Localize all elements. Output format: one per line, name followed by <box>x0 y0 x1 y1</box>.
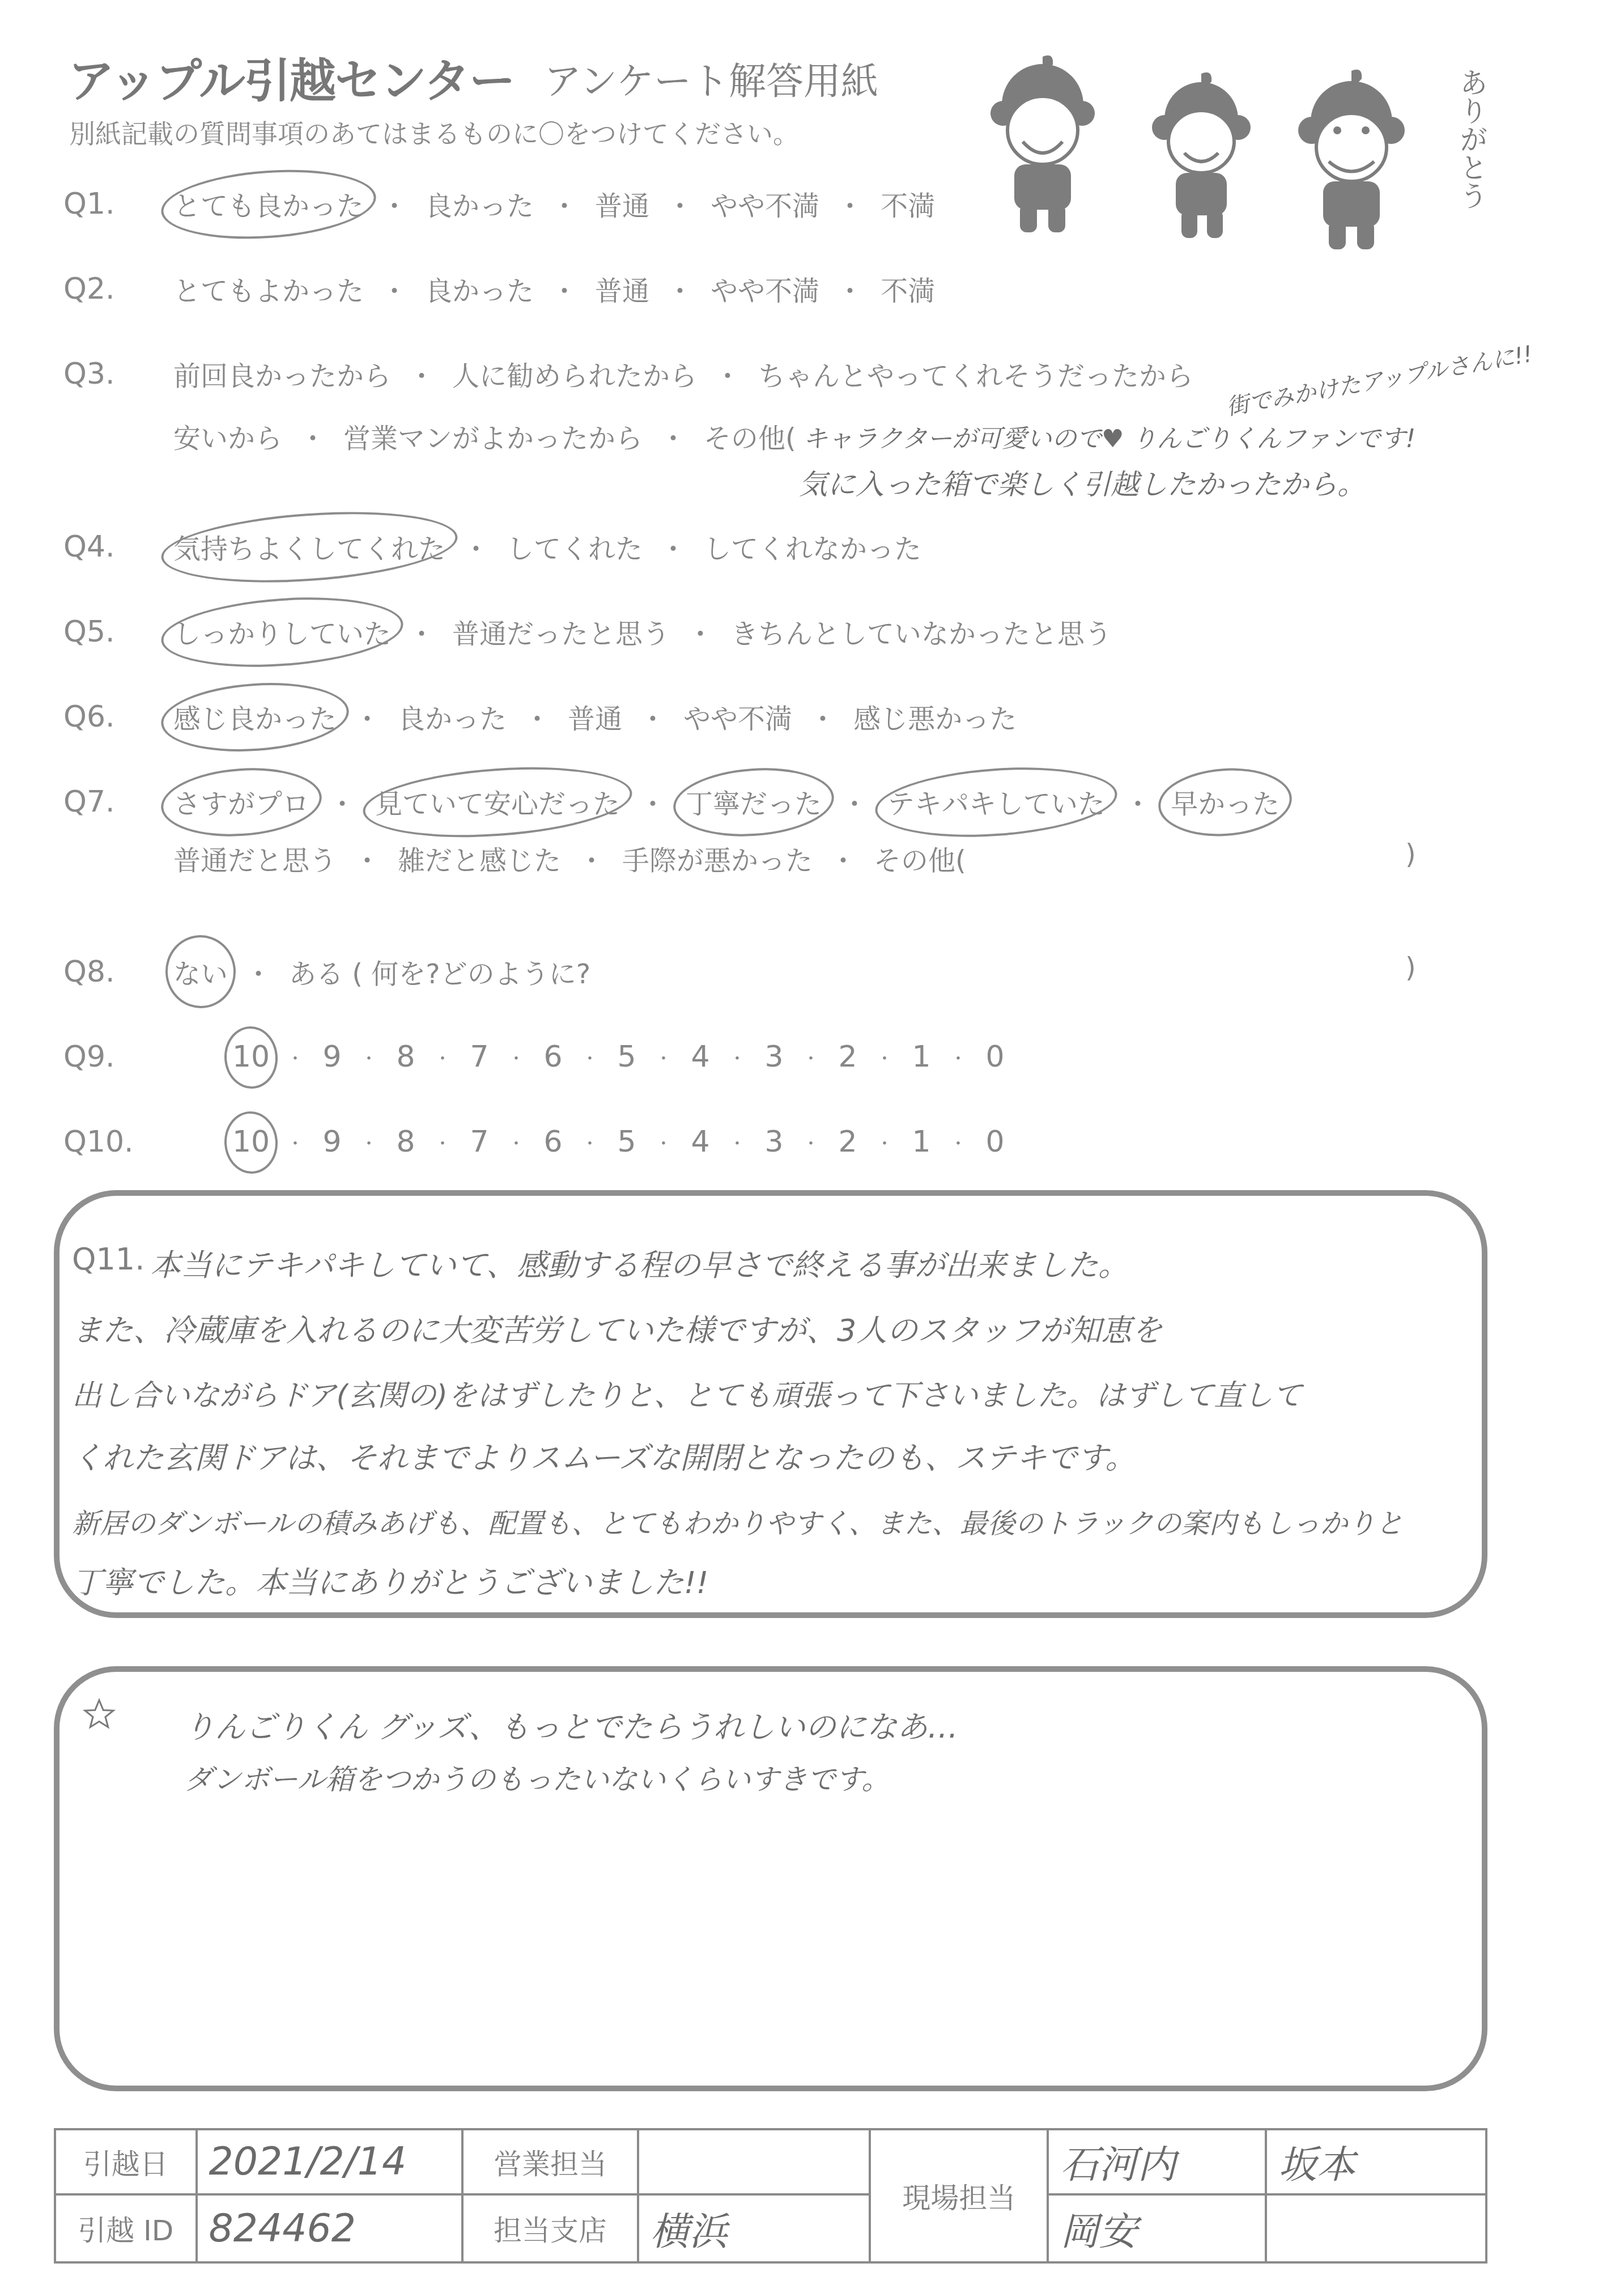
q7-option-reassuring[interactable]: 見ていて安心だった <box>373 782 622 821</box>
move-id-label: 引越 ID <box>55 2194 197 2262</box>
q9-score-4[interactable]: 4 <box>689 1040 712 1074</box>
q5-option-normal[interactable]: 普通だったと思う <box>450 612 672 651</box>
q10-scale: 10・ 9・ 8・ 7・ 6・ 5・ 4・ 3・ 2・ 1・ 0 <box>232 1125 1006 1159</box>
q7-option-clumsy[interactable]: 手際が悪かった <box>620 839 815 878</box>
q9-scale: 10・ 9・ 8・ 7・ 6・ 5・ 4・ 3・ 2・ 1・ 0 <box>232 1040 1006 1074</box>
question-q5: Q5. しっかりしていた・ 普通だったと思う・ きちんとしていなかったと思う <box>63 612 1114 651</box>
q7-option-professional[interactable]: さすがプロ <box>171 782 312 821</box>
q11-line-1: 本当にテキパキしていて、感動する程の早さで終える事が出来ました。 <box>150 1241 1129 1285</box>
free-comment-box[interactable]: りんごりくん グッズ、もっとでたらうれしいのになあ… ダンボール箱をつかうのもっ… <box>54 1666 1487 2091</box>
form-subtitle: アンケート解答用紙 <box>544 51 878 105</box>
q11-line-4: くれた玄関ドアは、それまでよりスムーズな開閉となったのも、ステキです。 <box>72 1434 1136 1477</box>
q3-option-reliable[interactable]: ちゃんとやってくれそうだったから <box>756 354 1196 393</box>
q5-option-not-proper[interactable]: きちんとしていなかったと思う <box>729 612 1114 651</box>
q10-label: Q10. <box>63 1125 232 1159</box>
q4-option-did[interactable]: してくれた <box>504 527 645 566</box>
question-q8: Q8. ない・ ある ( 何を?どのように? <box>63 952 593 991</box>
field-staff-3[interactable]: 岡安 <box>1048 2194 1265 2262</box>
q9-score-1[interactable]: 1 <box>910 1040 933 1074</box>
q10-score-10[interactable]: 10 <box>232 1125 270 1159</box>
form-title: アップル引越センター <box>68 44 515 111</box>
monkey-mascots-icon <box>989 51 1499 255</box>
q1-option-good[interactable]: 良かった <box>423 184 536 223</box>
q10-score-6[interactable]: 6 <box>542 1125 564 1159</box>
question-q3: Q3. 前回良かったから・ 人に勧められたから・ ちゃんとやってくれそうだったか… <box>63 354 1196 393</box>
q9-score-10[interactable]: 10 <box>232 1040 270 1074</box>
star-line-1: りんごりくん グッズ、もっとでたらうれしいのになあ… <box>184 1703 958 1747</box>
question-q10: Q10. 10・ 9・ 8・ 7・ 6・ 5・ 4・ 3・ 2・ 1・ 0 <box>63 1125 1006 1159</box>
move-date-value[interactable]: 2021/2/14 <box>197 2129 463 2194</box>
q2-option-unsatisfied[interactable]: 不満 <box>878 269 937 308</box>
question-q4: Q4. 気持ちよくしてくれた・ してくれた・ してくれなかった <box>63 527 924 566</box>
field-staff-1[interactable]: 石河内 <box>1048 2129 1265 2194</box>
question-q6: Q6. 感じ良かった・ 良かった・ 普通・ やや不満・ 感じ悪かった <box>63 697 1019 736</box>
question-q9: Q9. 10・ 9・ 8・ 7・ 6・ 5・ 4・ 3・ 2・ 1・ 0 <box>63 1040 1006 1074</box>
q10-score-2[interactable]: 2 <box>836 1125 859 1159</box>
q10-score-8[interactable]: 8 <box>394 1125 417 1159</box>
q3-row2: 安いから・ 営業マンがよかったから・ その他( キャラクターが可愛いので♥ りん… <box>171 417 1415 456</box>
q6-option-normal[interactable]: 普通 <box>566 697 624 736</box>
q10-score-0[interactable]: 0 <box>984 1125 1006 1159</box>
q7-option-fast[interactable]: 早かった <box>1168 782 1282 821</box>
q4-option-pleasant[interactable]: 気持ちよくしてくれた <box>171 527 448 566</box>
star-line-2: ダンボール箱をつかうのもったいないくらいすきです。 <box>184 1757 890 1798</box>
q11-comment-box[interactable]: Q11. 本当にテキパキしていて、感動する程の早さで終える事が出来ました。 また… <box>54 1190 1487 1618</box>
q11-line-6: 丁寧でした。本当にありがとうございました!! <box>72 1559 708 1602</box>
q9-score-7[interactable]: 7 <box>468 1040 491 1074</box>
move-date-label: 引越日 <box>55 2129 197 2194</box>
q3-label: Q3. <box>63 357 171 391</box>
q4-label: Q4. <box>63 530 171 564</box>
q7-label: Q7. <box>63 785 171 819</box>
q3-option-cheap[interactable]: 安いから <box>171 417 284 456</box>
move-id-value[interactable]: 824462 <box>197 2194 463 2262</box>
q11-label: Q11. <box>72 1241 144 1277</box>
question-q1: Q1. とても良かった・ 良かった・ 普通・ やや不満・ 不満 <box>63 184 937 223</box>
q9-label: Q9. <box>63 1040 232 1074</box>
q9-score-5[interactable]: 5 <box>615 1040 638 1074</box>
q7-row2: 普通だと思う・ 雑だと感じた・ 手際が悪かった・ その他( <box>171 839 968 878</box>
q7-option-careful[interactable]: 丁寧だった <box>683 782 824 821</box>
q9-score-8[interactable]: 8 <box>394 1040 417 1074</box>
q1-option-very-good[interactable]: とても良かった <box>171 184 366 223</box>
mascot-illustration: ありがとう <box>989 51 1499 255</box>
q7-option-efficient[interactable]: テキパキしていた <box>885 782 1107 821</box>
q10-score-3[interactable]: 3 <box>763 1125 785 1159</box>
question-q2: Q2. とてもよかった・ 良かった・ 普通・ やや不満・ 不満 <box>63 269 937 308</box>
q10-score-1[interactable]: 1 <box>910 1125 933 1159</box>
sales-rep-value[interactable] <box>638 2129 870 2194</box>
question-q7: Q7. さすがプロ・ 見ていて安心だった・ 丁寧だった・ テキパキしていた・ 早… <box>63 782 1282 821</box>
q10-score-7[interactable]: 7 <box>468 1125 491 1159</box>
q8-label: Q8. <box>63 955 171 989</box>
q8-option-some[interactable]: ある ( 何を?どのように? <box>287 952 593 991</box>
field-staff-4[interactable] <box>1266 2194 1486 2262</box>
q1-option-unsatisfied[interactable]: 不満 <box>878 184 937 223</box>
q11-line-2: また、冷蔵庫を入れるのに大変苦労していた様ですが、3人のスタッフが知恵を <box>72 1306 1162 1350</box>
q9-score-0[interactable]: 0 <box>984 1040 1006 1074</box>
star-outline-icon <box>82 1697 116 1731</box>
branch-label: 担当支店 <box>462 2194 637 2262</box>
q3-option-previous[interactable]: 前回良かったから <box>171 354 393 393</box>
q9-score-9[interactable]: 9 <box>321 1040 343 1074</box>
q3-option-other[interactable]: その他( <box>702 417 798 456</box>
form-instruction: 別紙記載の質問事項のあてはまるものに〇をつけてください。 <box>69 113 799 151</box>
q3-other-handwritten-line2: 気に入った箱で楽しく引越したかったから。 <box>799 462 1366 503</box>
q6-option-pleasant[interactable]: 感じ良かった <box>171 697 339 736</box>
q7-paren-close: ) <box>1405 839 1416 871</box>
q3-other-handwritten: キャラクターが可愛いので♥ りんごりくんファンです! <box>803 418 1415 455</box>
q11-line-5: 新居のダンボールの積みあげも、配置も、とてもわかりやすく、また、最後のトラックの… <box>72 1502 1404 1542</box>
q3-option-recommended[interactable]: 人に勧められたから <box>450 354 699 393</box>
q2-option-very-good[interactable]: とてもよかった <box>171 269 366 308</box>
q4-option-did-not[interactable]: してくれなかった <box>702 527 924 566</box>
q6-option-slightly-unsatisfied[interactable]: やや不満 <box>681 697 794 736</box>
q8-option-none[interactable]: ない <box>171 952 230 991</box>
q9-score-2[interactable]: 2 <box>836 1040 859 1074</box>
q9-score-6[interactable]: 6 <box>542 1040 564 1074</box>
q2-option-normal[interactable]: 普通 <box>593 269 652 308</box>
q5-option-solid[interactable]: しっかりしていた <box>171 612 393 651</box>
field-staff-label: 現場担当 <box>870 2129 1048 2262</box>
q6-label: Q6. <box>63 700 171 734</box>
move-info-table: 引越日 2021/2/14 営業担当 現場担当 石河内 坂本 引越 ID 824… <box>54 2128 1487 2264</box>
q2-option-slightly-unsatisfied[interactable]: やや不満 <box>708 269 822 308</box>
q9-score-3[interactable]: 3 <box>763 1040 785 1074</box>
q7-option-sloppy[interactable]: 雑だと感じた <box>396 839 563 878</box>
q10-score-5[interactable]: 5 <box>615 1125 638 1159</box>
q5-label: Q5. <box>63 615 171 649</box>
branch-value[interactable]: 横浜 <box>638 2194 870 2262</box>
q2-label: Q2. <box>63 272 171 306</box>
q3-option-salesman[interactable]: 営業マンがよかったから <box>341 417 645 456</box>
q6-option-bad[interactable]: 感じ悪かった <box>851 697 1019 736</box>
sales-rep-label: 営業担当 <box>462 2129 637 2194</box>
q6-option-good[interactable]: 良かった <box>396 697 509 736</box>
q10-score-9[interactable]: 9 <box>321 1125 343 1159</box>
q1-option-slightly-unsatisfied[interactable]: やや不満 <box>708 184 822 223</box>
q7-option-other[interactable]: その他( <box>871 839 968 878</box>
q10-score-4[interactable]: 4 <box>689 1125 712 1159</box>
mascot-caption-text: ありがとう <box>1453 68 1487 210</box>
q2-option-good[interactable]: 良かった <box>423 269 536 308</box>
q8-paren-close: ) <box>1405 952 1416 984</box>
q3-annotation: 街でみかけたアップルさんに!! <box>1223 336 1534 422</box>
q7-option-normal[interactable]: 普通だと思う <box>171 839 339 878</box>
q11-line-3: 出し合いながらドア(玄関の)をはずしたりと、とても頑張って下さいました。はずして… <box>72 1371 1302 1414</box>
field-staff-2[interactable]: 坂本 <box>1266 2129 1486 2194</box>
q1-label: Q1. <box>63 187 171 221</box>
q1-option-normal[interactable]: 普通 <box>593 184 652 223</box>
